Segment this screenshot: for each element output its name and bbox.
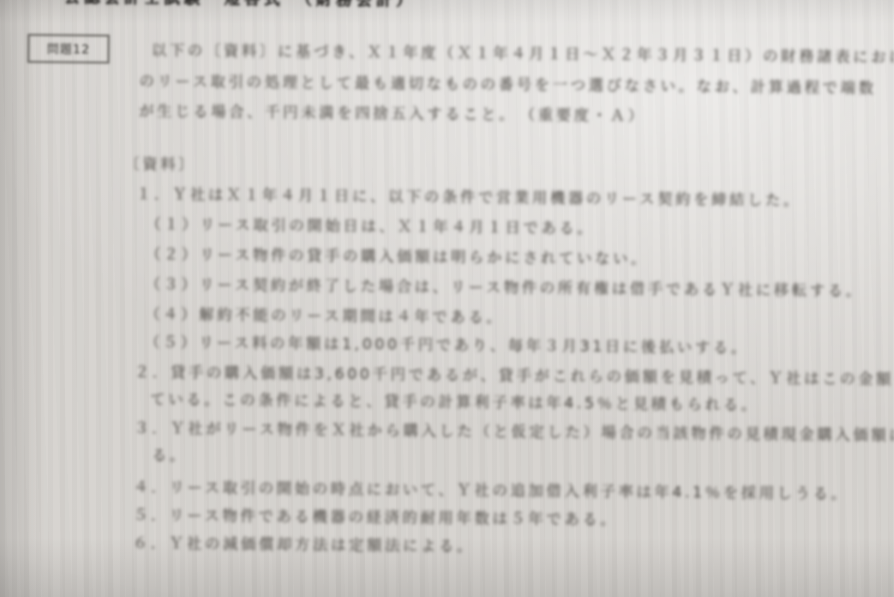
shiryo-item-1: １．Ｙ社はＸ１年４月１日に、以下の条件で営業用機器のリース契約を締結した。 — [136, 184, 801, 210]
paper-sheet: 公認会計士試験 短答式 （財務会計） 問題12 以下の〔資料〕に基づき、Ｘ１年度… — [0, 0, 894, 597]
shiryo-item-1-5: （５）リース料の年額は1,000千円であり、毎年３月31日に後払いする。 — [145, 332, 749, 358]
problem-statement-line-3: が生じる場合、千円未満を四捨五入すること。 （重要度・Ａ） — [139, 101, 646, 126]
shiryo-section-label: 〔資料〕 — [124, 154, 196, 175]
shiryo-item-3-line-2: る。 — [152, 445, 188, 465]
page-header-title: 公認会計士試験 短答式 （財務会計） — [64, 0, 416, 11]
problem-statement-line-1: 以下の〔資料〕に基づき、Ｘ１年度（Ｘ１年４月１日～Ｘ２年３月３１日）の財務諸表に… — [151, 40, 894, 68]
shiryo-item-2-line-2: ている。この条件によると、貸手の計算利子率は年4.5％と見積もられる。 — [150, 389, 759, 415]
shiryo-item-5: ５．リース物件である機器の経済的耐用年数は５年である。 — [133, 505, 618, 530]
shiryo-item-1-1: （１）リース取引の開始日は、Ｘ１年４月１日である。 — [146, 214, 595, 238]
shiryo-item-3-line-1: ３．Ｙ社がリース物件をＸ社から購入した（と仮定した）場合の当該物件の見積現金購入… — [134, 418, 894, 447]
problem-number-box: 問題12 — [27, 34, 109, 64]
shiryo-item-1-3: （３）リース契約が終了した場合は、リース物件の所有権は借手であるＹ社に移転する。 — [145, 274, 864, 301]
shiryo-item-1-4: （４）解約不能のリース期間は４年である。 — [145, 304, 504, 327]
shiryo-item-1-2: （２）リース物件の貸手の購入価額は明らかにされていない。 — [145, 244, 648, 269]
document-photo: 公認会計士試験 短答式 （財務会計） 問題12 以下の〔資料〕に基づき、Ｘ１年度… — [0, 0, 894, 597]
shiryo-item-4: ４．リース取引の開始の時点において、Ｙ社の追加借入利子率は年4.1％を採用しうる… — [133, 477, 849, 504]
problem-statement-line-2: のリース取引の処理として最も適切なものの番号を一つ選びなさい。なお、計算過程で端… — [139, 71, 876, 98]
problem-number-label: 問題12 — [47, 40, 90, 57]
shiryo-item-6: ６．Ｙ社の減価償却方法は定額法による。 — [133, 533, 475, 556]
shiryo-item-2-line-1: ２．貸手の購入価額は3,600千円であるが、貸手がこれらの価額を見積って、Ｙ社は… — [134, 362, 894, 390]
